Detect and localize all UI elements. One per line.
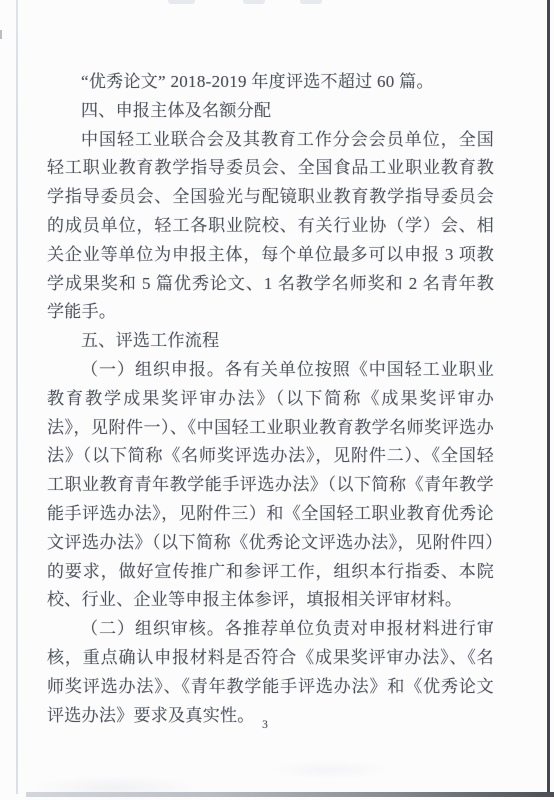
scan-artifact-left-edge [16, 0, 18, 794]
section-heading: 四、申报主体及名额分配 [47, 97, 494, 126]
scan-artifact-top-smudge [168, 0, 195, 4]
scan-artifact-top-smudge [300, 0, 322, 4]
text-block: “优秀论文” 2018-2019 年度评选不超过 60 篇。四、申报主体及名额分… [47, 68, 494, 730]
paragraph: “优秀论文” 2018-2019 年度评选不超过 60 篇。 [47, 68, 494, 97]
scan-artifact-right-edge [547, 0, 550, 796]
page-number: 3 [250, 719, 280, 731]
document-page: “优秀论文” 2018-2019 年度评选不超过 60 篇。四、申报主体及名额分… [0, 0, 554, 800]
paragraph: （二）组织审核。各推荐单位负责对申报材料进行审核，重点确认申报材料是否符合《成果… [47, 615, 494, 730]
paragraph: 中国轻工业联合会及其教育工作分会会员单位，全国轻工职业教育教学指导委员会、全国食… [47, 126, 494, 328]
scan-artifact-bottom-edge [26, 792, 554, 797]
scan-artifact-speck [0, 30, 2, 39]
paragraph: （一）组织申报。各有关单位按照《中国轻工业职业教育教学成果奖评审办法》（以下简称… [47, 356, 494, 615]
section-heading: 五、评选工作流程 [47, 327, 494, 356]
scan-artifact-top-smudge [243, 0, 265, 4]
